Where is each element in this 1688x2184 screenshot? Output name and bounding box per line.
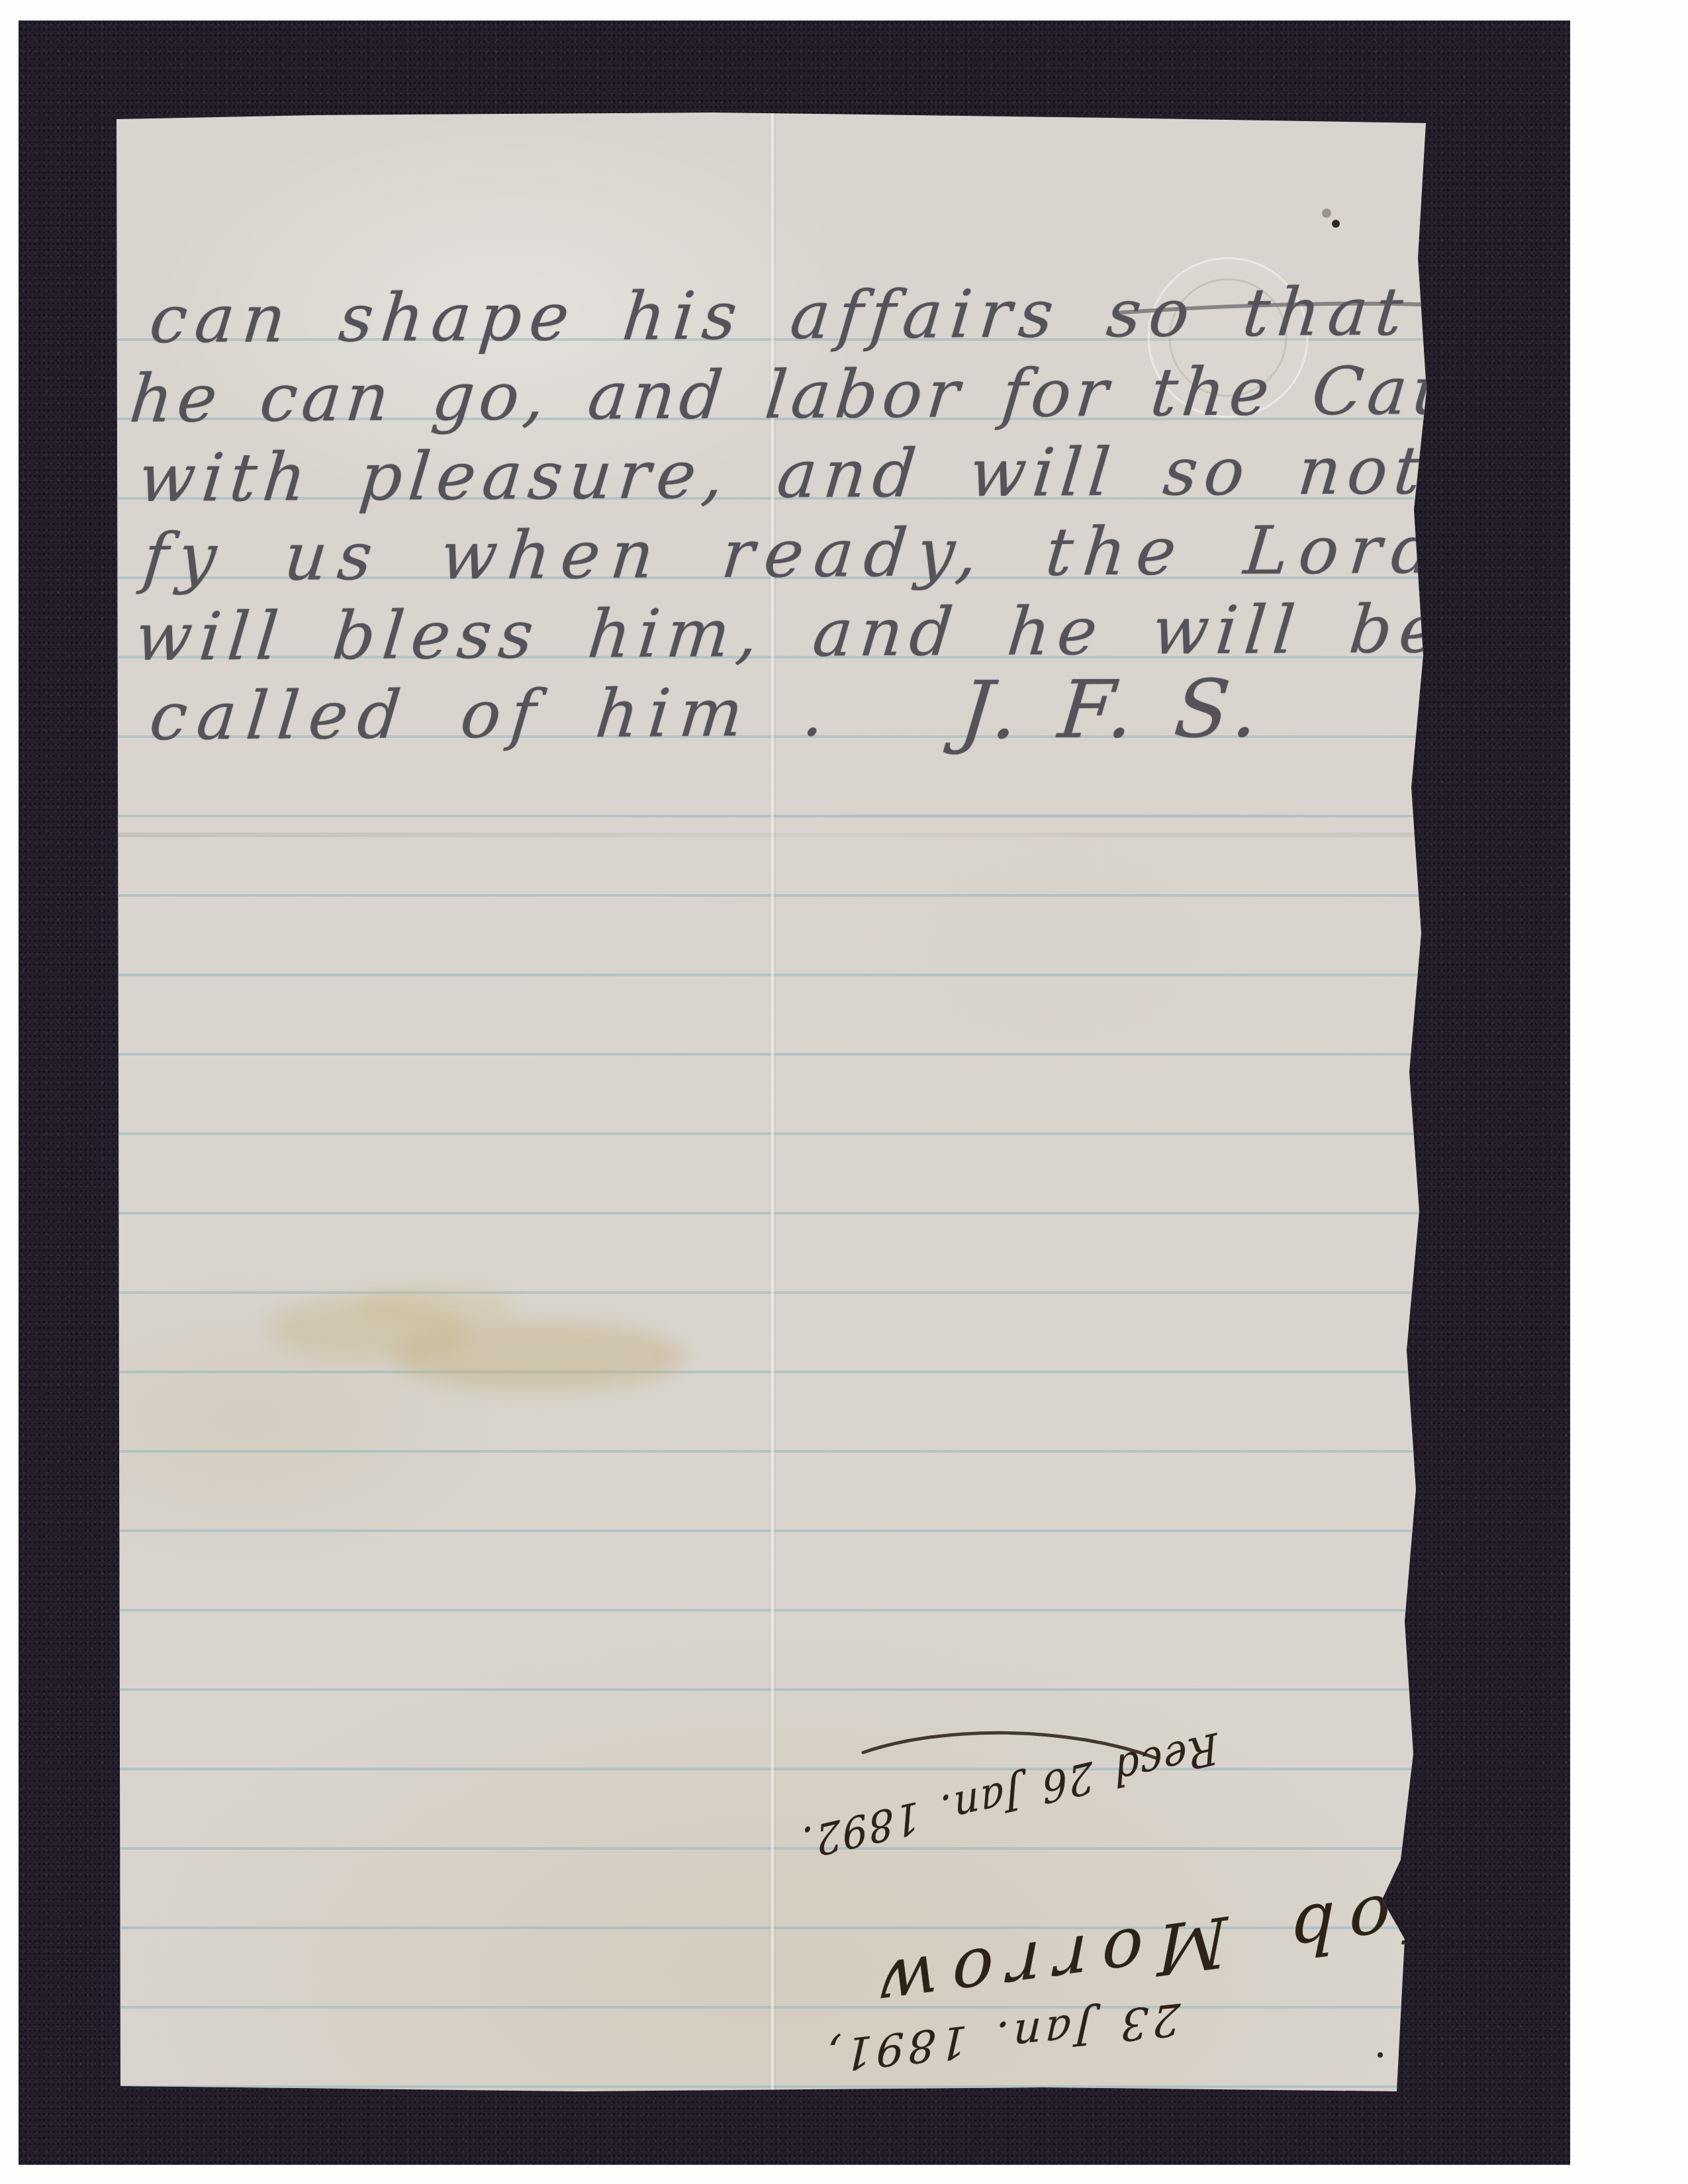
letter-line-6: called of him . [147,680,837,750]
letter-line-1: can shape his affairs so that [147,279,1413,353]
paper-speck [1322,208,1331,218]
dark-mat-background: can shape his affairs so that he can go,… [19,21,1570,2165]
paper-speck [1378,2052,1383,2058]
letter-line-4: fy us when ready, the Lord [140,517,1448,591]
letter-line-3: with pleasure, and will so noti- [136,437,1487,512]
scan-canvas: can shape his affairs so that he can go,… [0,0,1688,2184]
signature-initials: J. F. S. [957,670,1269,751]
letter-line-2: he can go, and labor for the Cause [127,357,1544,432]
letter-line-5: will bless him, and he will be [132,596,1449,670]
letter-paper: can shape his affairs so that he can go,… [117,113,1429,2091]
paper-speck [1332,220,1340,228]
